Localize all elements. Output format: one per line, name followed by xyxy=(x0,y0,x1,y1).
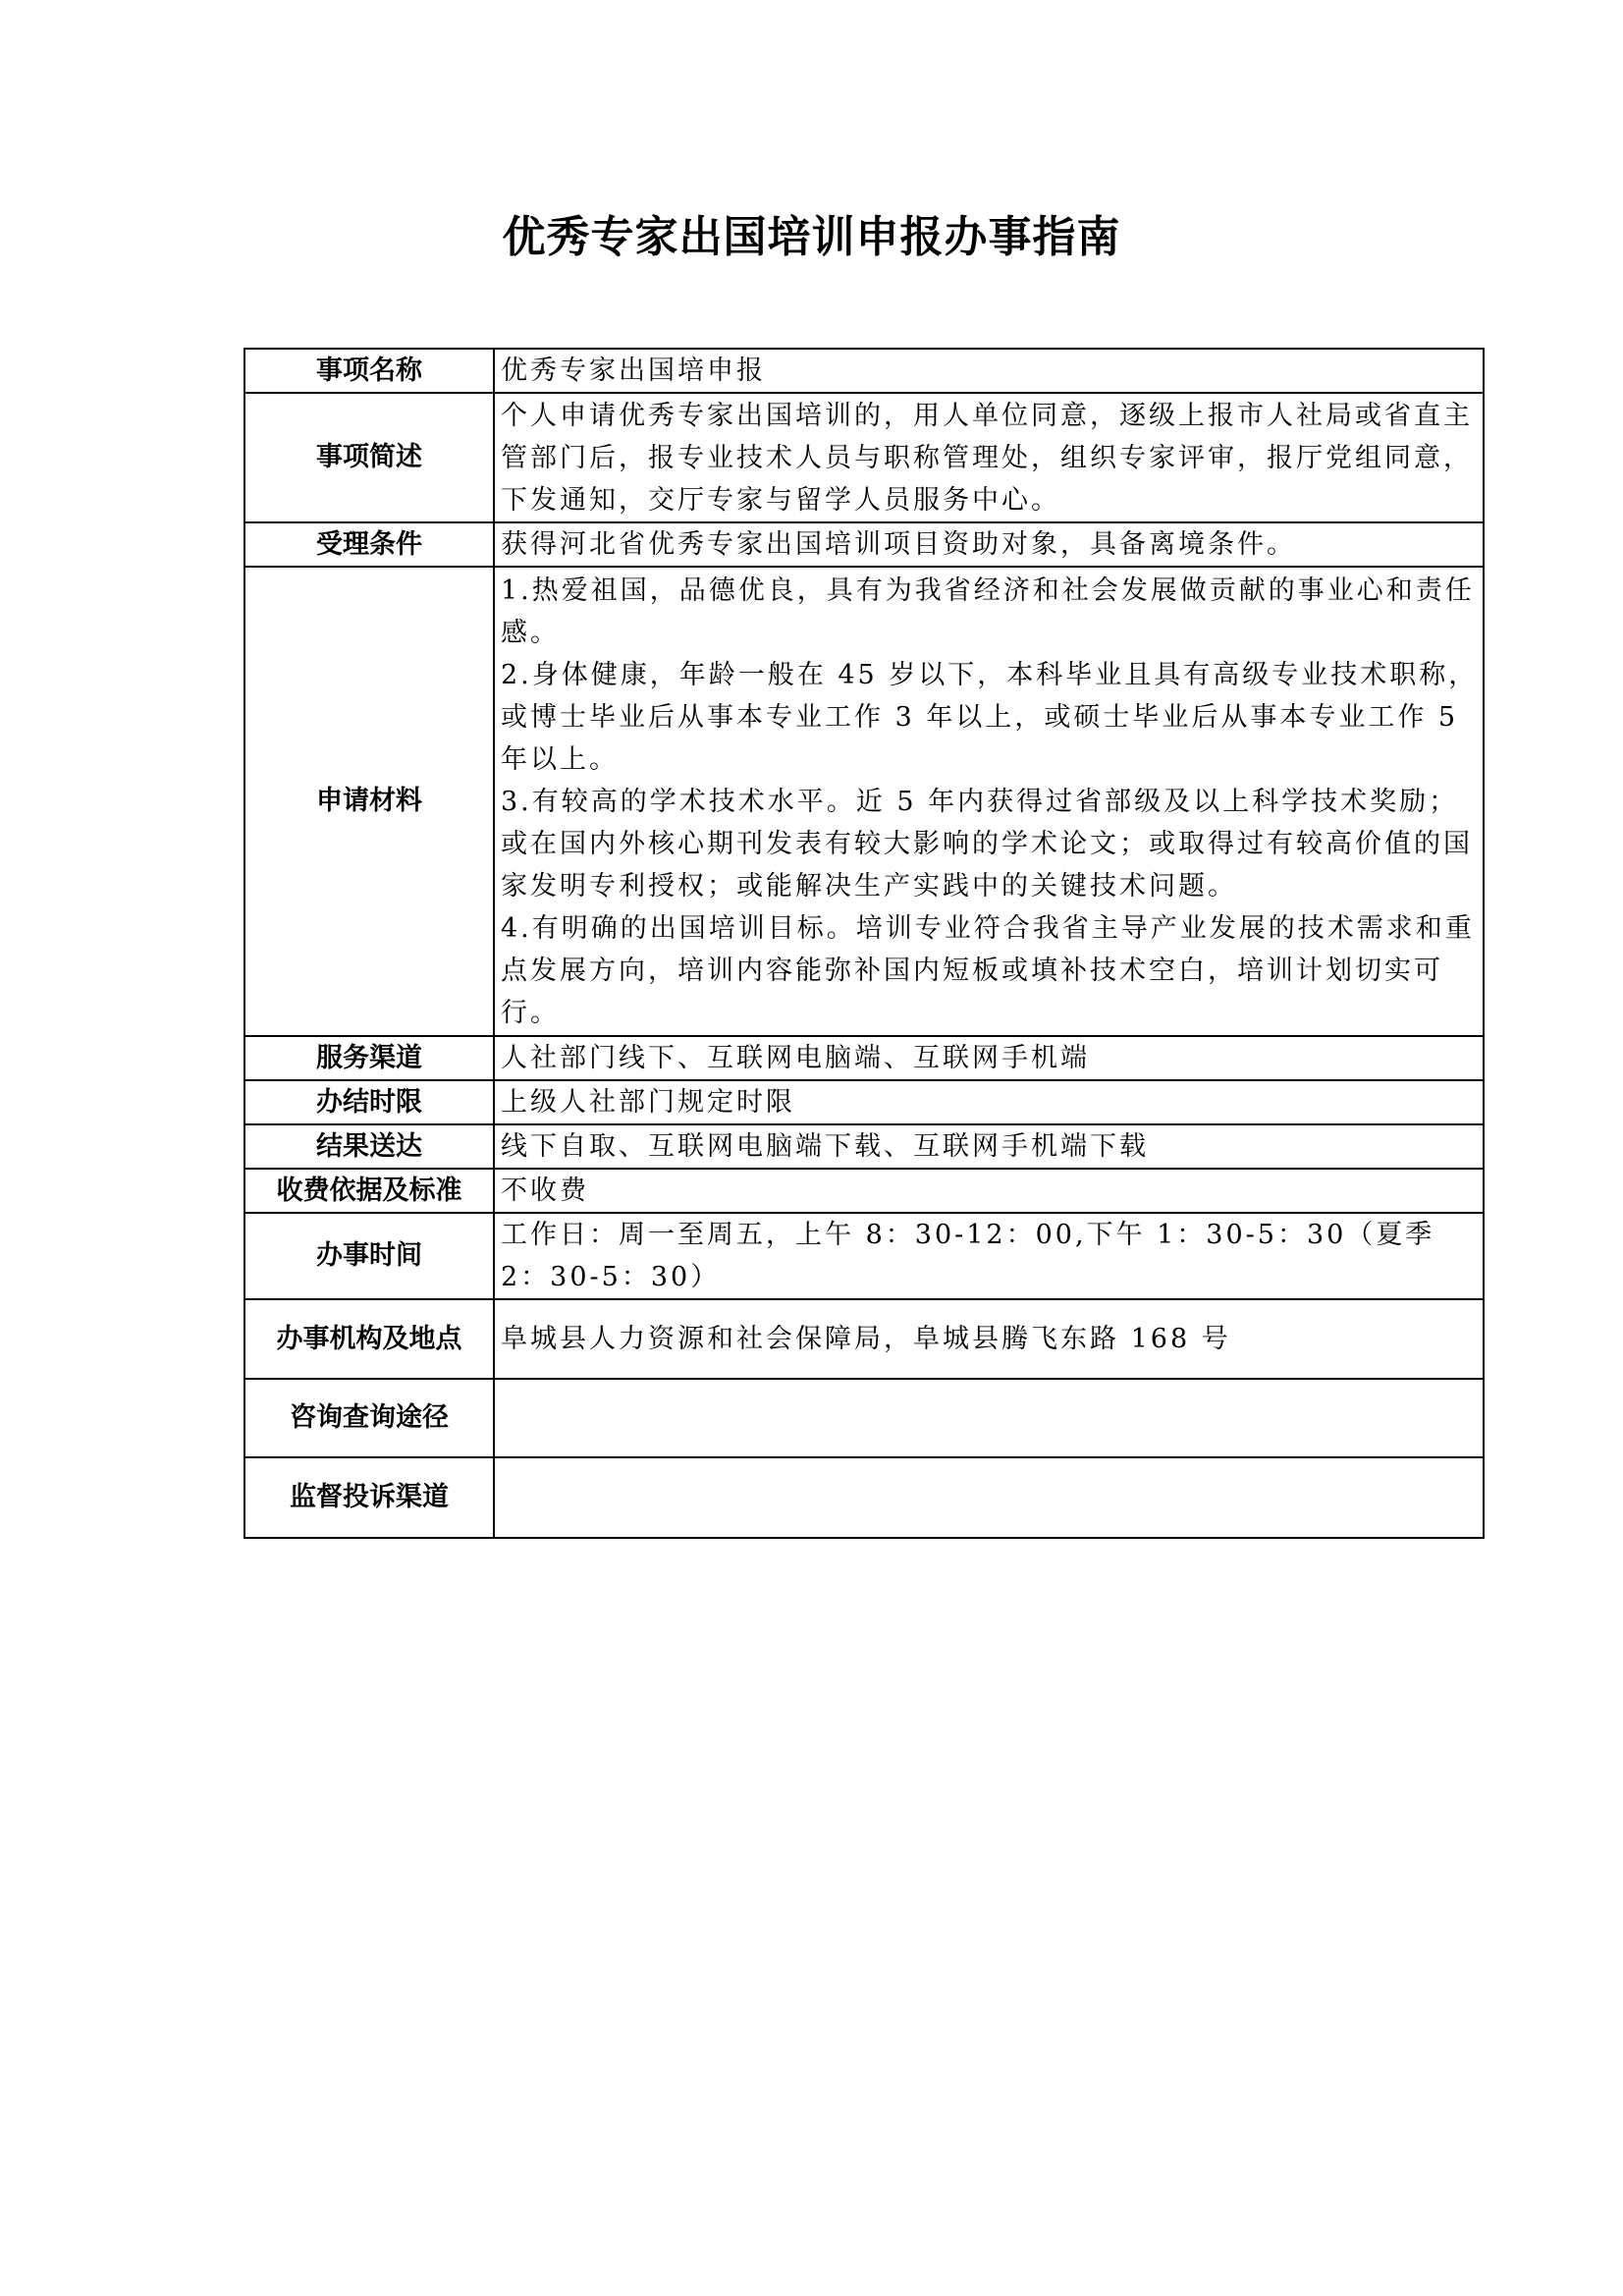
table-row-acceptance-conditions: 受理条件 获得河北省优秀专家出国培训项目资助对象，具备离境条件。 xyxy=(244,522,1484,567)
row-value xyxy=(494,1457,1484,1538)
row-label: 监督投诉渠道 xyxy=(244,1457,494,1538)
row-value: 线下自取、互联网电脑端下载、互联网手机端下载 xyxy=(494,1124,1484,1169)
row-value: 个人申请优秀专家出国培训的，用人单位同意，逐级上报市人社局或省直主管部门后，报专… xyxy=(494,393,1484,522)
table-row-service-channels: 服务渠道 人社部门线下、互联网电脑端、互联网手机端 xyxy=(244,1036,1484,1080)
material-item-2: 2.身体健康，年龄一般在 45 岁以下，本科毕业且具有高级专业技术职称，或博士毕… xyxy=(501,654,1479,781)
material-item-4: 4.有明确的出国培训目标。培训专业符合我省主导产业发展的技术需求和重点发展方向，… xyxy=(501,907,1479,1034)
row-label: 办结时限 xyxy=(244,1080,494,1124)
row-value: 获得河北省优秀专家出国培训项目资助对象，具备离境条件。 xyxy=(494,522,1484,567)
row-label: 结果送达 xyxy=(244,1124,494,1169)
table-row-item-name: 事项名称 优秀专家出国培申报 xyxy=(244,349,1484,393)
table-row-time-limit: 办结时限 上级人社部门规定时限 xyxy=(244,1080,1484,1124)
table-row-fees: 收费依据及标准 不收费 xyxy=(244,1169,1484,1213)
table-row-office-location: 办事机构及地点 阜城县人力资源和社会保障局，阜城县腾飞东路 168 号 xyxy=(244,1299,1484,1379)
table-row-result-delivery: 结果送达 线下自取、互联网电脑端下载、互联网手机端下载 xyxy=(244,1124,1484,1169)
row-value: 上级人社部门规定时限 xyxy=(494,1080,1484,1124)
material-item-3: 3.有较高的学术技术水平。近 5 年内获得过省部级及以上科学技术奖励；或在国内外… xyxy=(501,781,1479,907)
row-label: 服务渠道 xyxy=(244,1036,494,1080)
row-label: 收费依据及标准 xyxy=(244,1169,494,1213)
table-row-inquiry-channels: 咨询查询途径 xyxy=(244,1379,1484,1457)
row-label: 咨询查询途径 xyxy=(244,1379,494,1457)
row-value: 优秀专家出国培申报 xyxy=(494,349,1484,393)
row-value: 阜城县人力资源和社会保障局，阜城县腾飞东路 168 号 xyxy=(494,1299,1484,1379)
row-value: 工作日：周一至周五，上午 8：30-12：00,下午 1：30-5：30（夏季 … xyxy=(494,1213,1484,1299)
row-value xyxy=(494,1379,1484,1457)
row-value: 人社部门线下、互联网电脑端、互联网手机端 xyxy=(494,1036,1484,1080)
row-label: 受理条件 xyxy=(244,522,494,567)
material-item-1: 1.热爱祖国，品德优良，具有为我省经济和社会发展做贡献的事业心和责任感。 xyxy=(501,570,1479,654)
row-value: 不收费 xyxy=(494,1169,1484,1213)
row-value: 1.热爱祖国，品德优良，具有为我省经济和社会发展做贡献的事业心和责任感。 2.身… xyxy=(494,567,1484,1036)
table-row-item-summary: 事项简述 个人申请优秀专家出国培训的，用人单位同意，逐级上报市人社局或省直主管部… xyxy=(244,393,1484,522)
table-row-application-materials: 申请材料 1.热爱祖国，品德优良，具有为我省经济和社会发展做贡献的事业心和责任感… xyxy=(244,567,1484,1036)
table-row-office-hours: 办事时间 工作日：周一至周五，上午 8：30-12：00,下午 1：30-5：3… xyxy=(244,1213,1484,1299)
row-label: 事项名称 xyxy=(244,349,494,393)
row-label: 办事机构及地点 xyxy=(244,1299,494,1379)
table-row-complaint-channels: 监督投诉渠道 xyxy=(244,1457,1484,1538)
row-label: 事项简述 xyxy=(244,393,494,522)
row-label: 申请材料 xyxy=(244,567,494,1036)
page-title: 优秀专家出国培训申报办事指南 xyxy=(0,210,1623,265)
row-label: 办事时间 xyxy=(244,1213,494,1299)
guide-table: 事项名称 优秀专家出国培申报 事项简述 个人申请优秀专家出国培训的，用人单位同意… xyxy=(243,348,1485,1539)
